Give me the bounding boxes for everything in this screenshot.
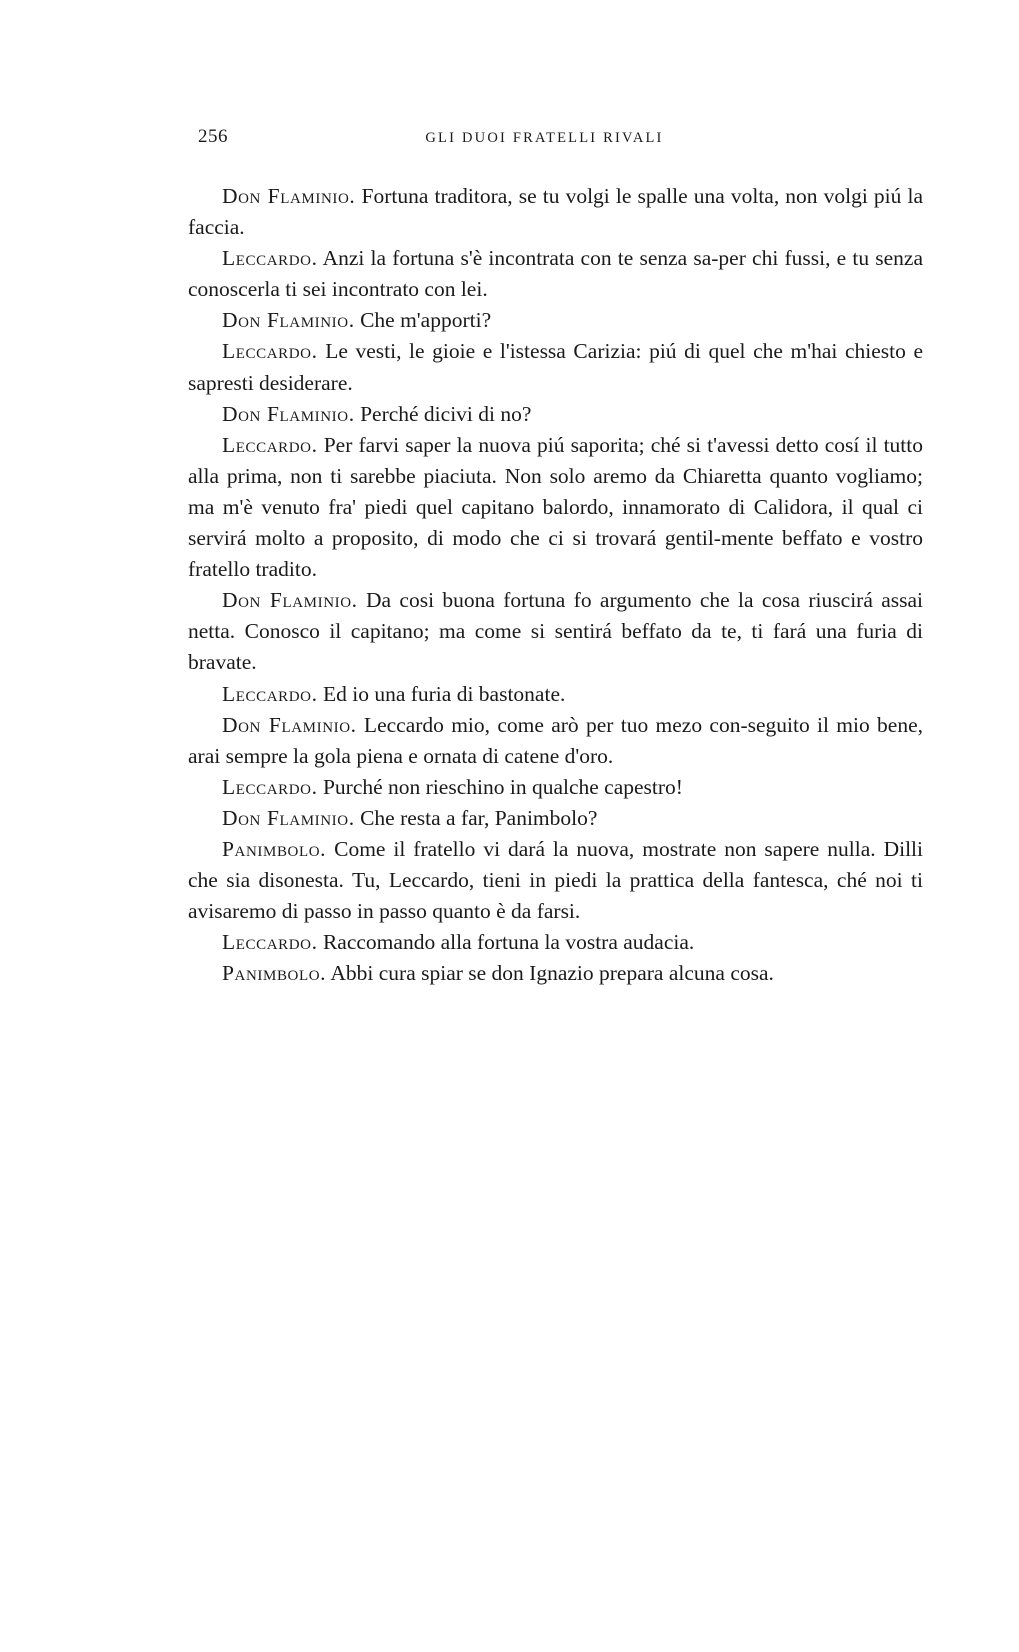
speech-text: Che resta a far, Panimbolo? [355, 806, 598, 830]
speaker-name: Don Flaminio. [222, 806, 355, 830]
speaker-name: Don Flaminio. [222, 402, 355, 426]
speech: Leccardo. Le vesti, le gioie e l'istessa… [188, 336, 923, 398]
speech: Don Flaminio. Perché dicivi di no? [188, 399, 923, 430]
speech-text: Raccomando alla fortuna la vostra audaci… [318, 930, 695, 954]
speaker-name: Don Flaminio. [222, 308, 355, 332]
play-text: Don Flaminio. Fortuna traditora, se tu v… [188, 181, 923, 989]
speech-text: Purché non rieschino in qualche capestro… [318, 775, 683, 799]
speaker-name: Don Flaminio. [222, 713, 357, 737]
speaker-name: Don Flaminio. [222, 184, 355, 208]
speaker-name: Panimbolo. [222, 961, 326, 985]
speech: Leccardo. Per farvi saper la nuova piú s… [188, 430, 923, 585]
speech: Don Flaminio. Da cosi buona fortuna fo a… [188, 585, 923, 678]
speech-text: Perché dicivi di no? [355, 402, 532, 426]
speech: Don Flaminio. Che resta a far, Panimbolo… [188, 803, 923, 834]
speaker-name: Leccardo. [222, 930, 318, 954]
speaker-name: Leccardo. [222, 682, 318, 706]
speech: Don Flaminio. Leccardo mio, come arò per… [188, 710, 923, 772]
speaker-name: Leccardo. [222, 775, 318, 799]
speaker-name: Panimbolo. [222, 837, 326, 861]
speech: Panimbolo. Abbi cura spiar se don Ignazi… [188, 958, 923, 989]
speech: Leccardo. Anzi la fortuna s'è incontrata… [188, 243, 923, 305]
speech-text: Abbi cura spiar se don Ignazio prepara a… [326, 961, 774, 985]
speech: Don Flaminio. Che m'apporti? [188, 305, 923, 336]
speaker-name: Leccardo. [222, 246, 318, 270]
speech: Leccardo. Ed io una furia di bastonate. [188, 679, 923, 710]
running-title: GLI DUOI FRATELLI RIVALI [0, 130, 1019, 147]
speech: Leccardo. Raccomando alla fortuna la vos… [188, 927, 923, 958]
speaker-name: Don Flaminio. [222, 588, 358, 612]
speech: Panimbolo. Come il fratello vi dará la n… [188, 834, 923, 927]
speech-text: Che m'apporti? [355, 308, 491, 332]
speaker-name: Leccardo. [222, 433, 318, 457]
speech-text: Ed io una furia di bastonate. [318, 682, 566, 706]
speech: Don Flaminio. Fortuna traditora, se tu v… [188, 181, 923, 243]
speaker-name: Leccardo. [222, 339, 318, 363]
speech: Leccardo. Purché non rieschino in qualch… [188, 772, 923, 803]
